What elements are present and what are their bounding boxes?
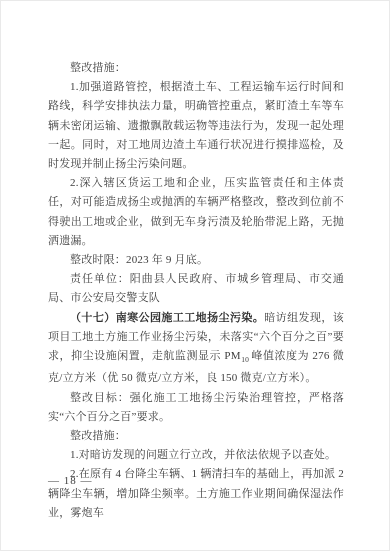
measures-heading-2: 整改措施： xyxy=(48,427,344,446)
section-17-heading: （十七）南寒公园施工工地扬尘污染。 xyxy=(70,312,264,324)
measures-heading: 整改措施： xyxy=(48,59,344,78)
measure-2-item-1: 1.对暗访发现的问题立行立改，并依法依规予以查处。 xyxy=(48,446,344,465)
measure-item-2: 2.深入辖区货运工地和企业，压实监管责任和主体责任，对可能造成扬尘或抛洒的车辆严… xyxy=(48,174,344,251)
document-page: 整改措施： 1.加强道路管控，根据渣土车、工程运输车运行时间和路线，科学安排执法… xyxy=(0,0,390,551)
section-17-paragraph: （十七）南寒公园施工工地扬尘污染。暗访组发现，该项目工地土方施工作业扬尘污染，未… xyxy=(48,309,344,389)
pm10-subscript: 10 xyxy=(241,355,249,364)
measure-item-1: 1.加强道路管控，根据渣土车、工程运输车运行时间和路线，科学安排执法力量，明确管… xyxy=(48,78,344,174)
rectification-goal: 整改目标：强化施工工地扬尘污染治理管控，严格落实“六个百分之百”要求。 xyxy=(48,389,344,427)
responsible-units: 责任单位：阳曲县人民政府、市城乡管理局、市交通局、市公安局交警支队 xyxy=(48,270,344,308)
page-number: — 18 — xyxy=(48,472,93,491)
rectification-deadline: 整改时限：2023 年 9 月底。 xyxy=(48,251,344,270)
document-body: 整改措施： 1.加强道路管控，根据渣土车、工程运输车运行时间和路线，科学安排执法… xyxy=(48,59,344,523)
